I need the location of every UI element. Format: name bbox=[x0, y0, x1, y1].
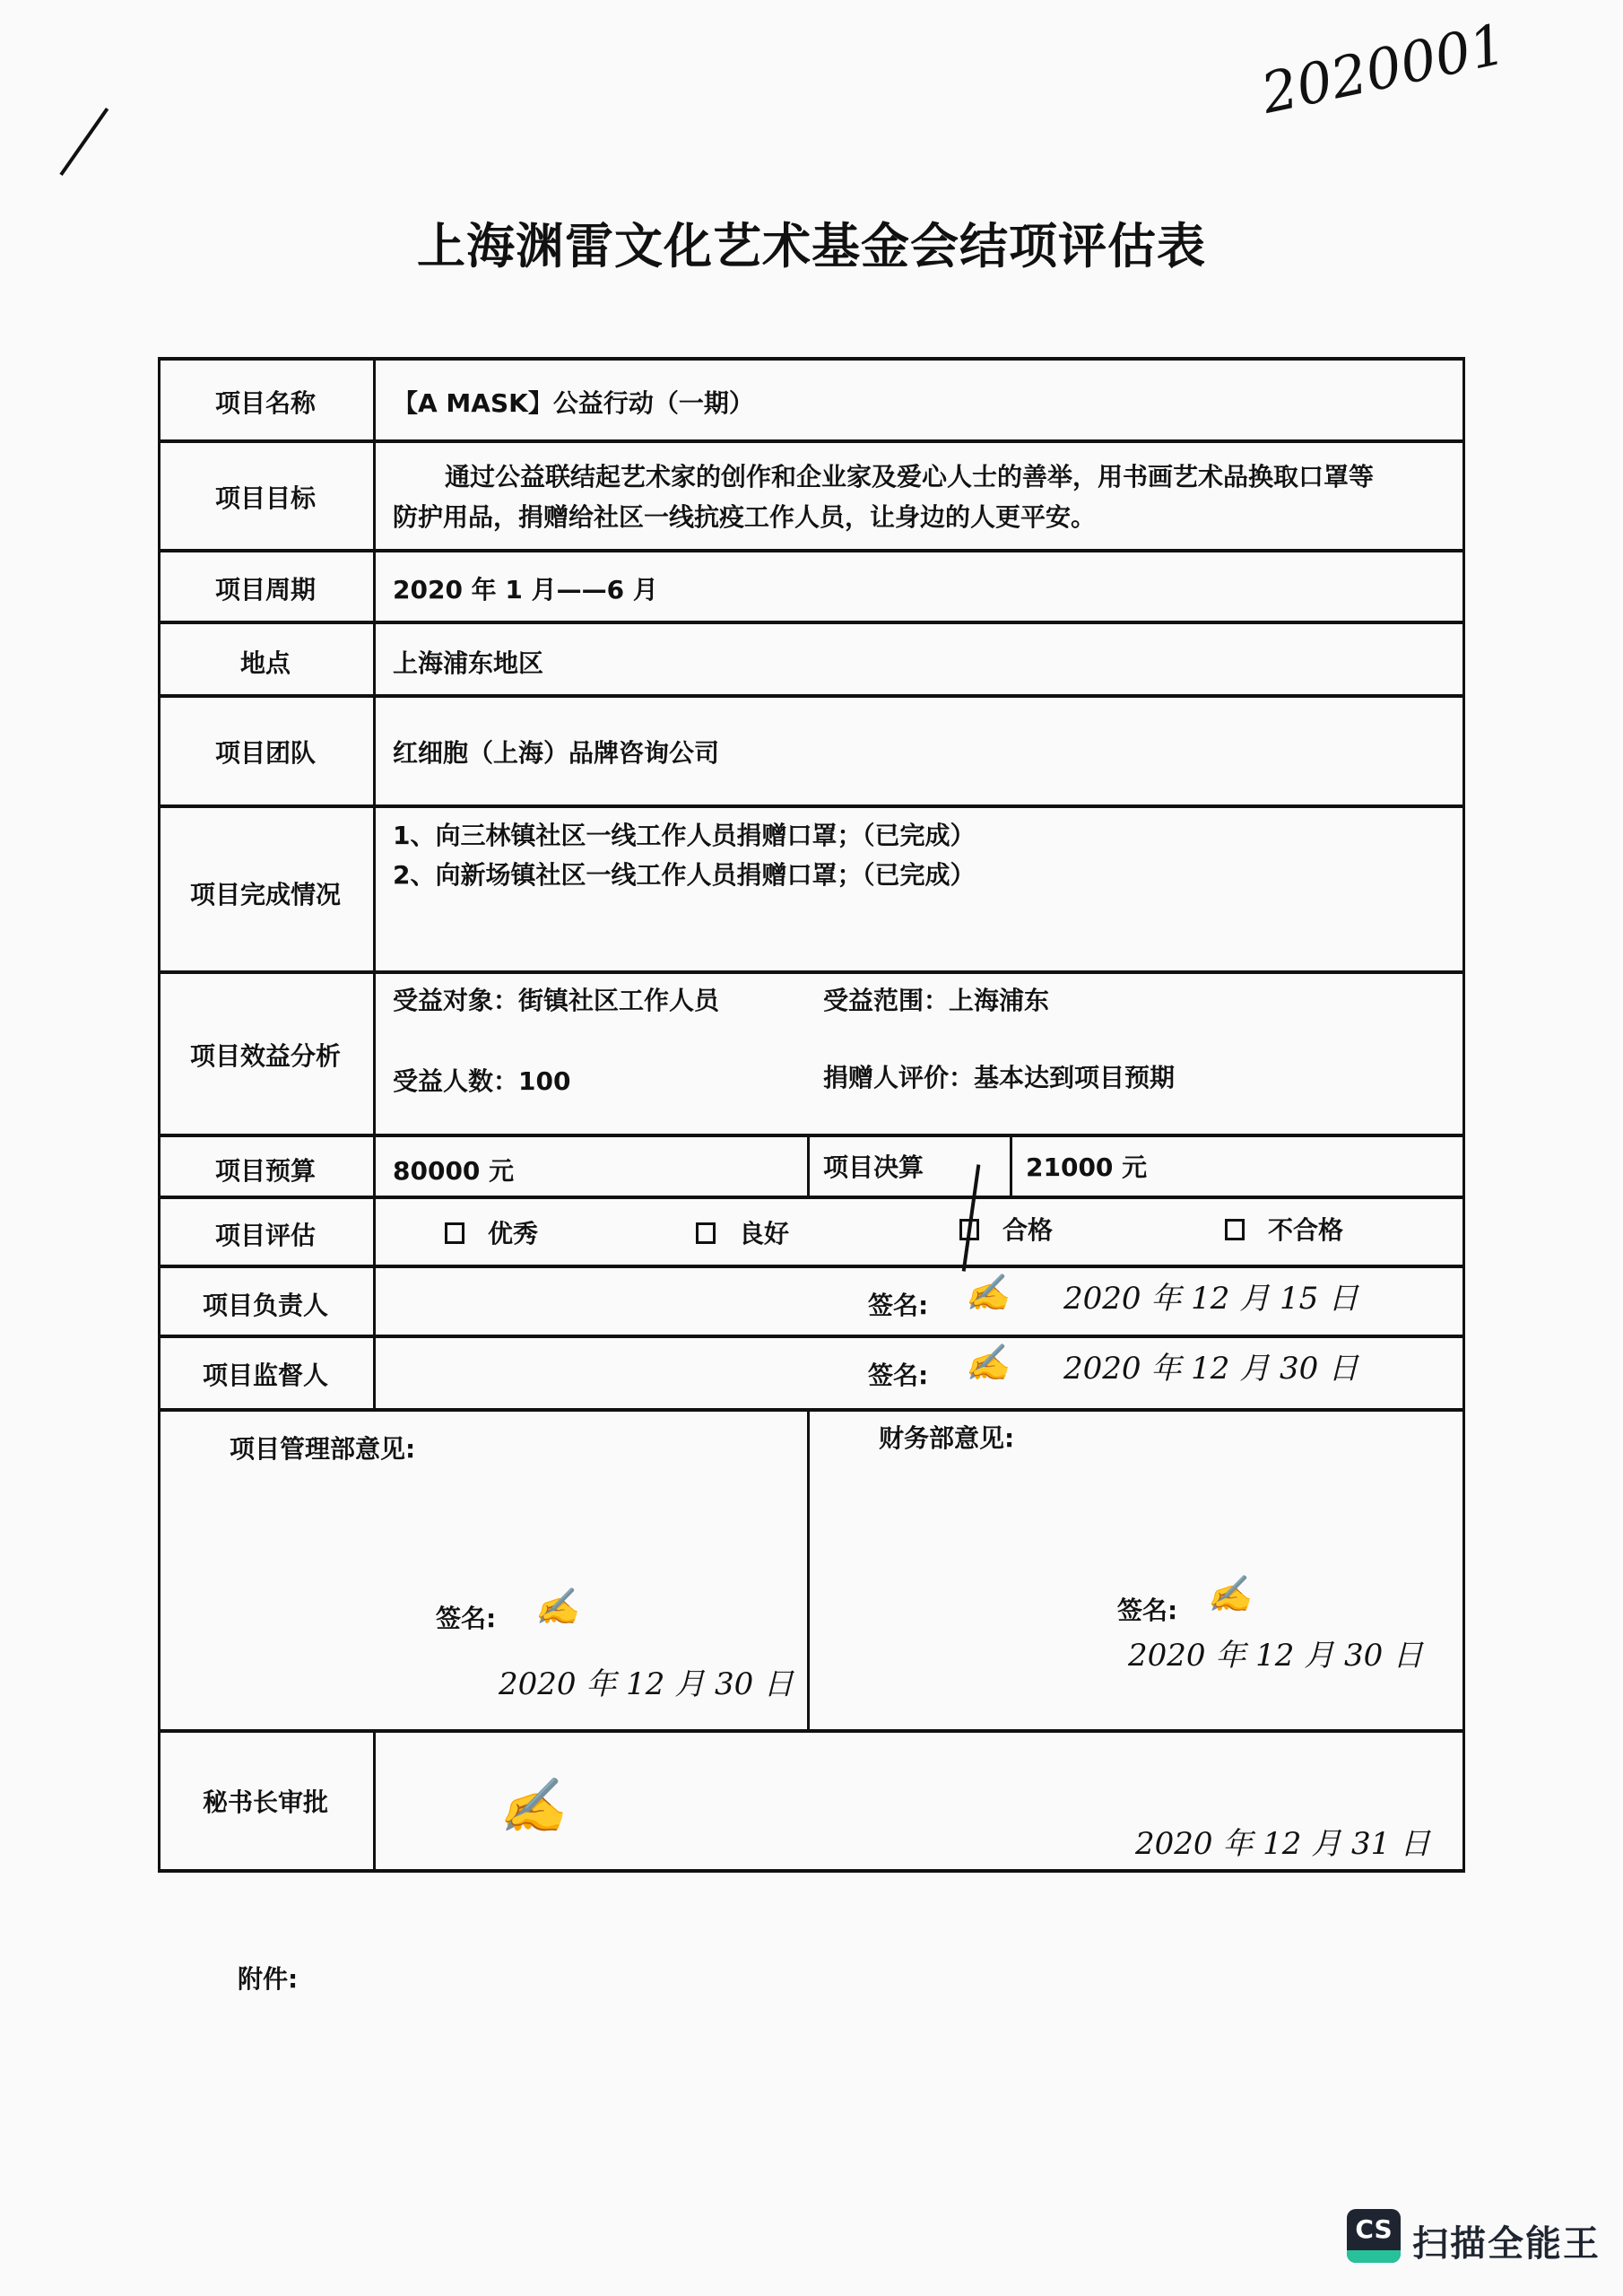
value-final-budget: 21000 元 bbox=[1026, 1148, 1147, 1184]
label-completion: 项目完成情况 bbox=[158, 875, 373, 911]
option-pass[interactable]: 合格 bbox=[959, 1211, 1053, 1247]
evaluation-form-table: 项目名称 【A MASK】公益行动（一期） 项目目标 通过公益联结起艺术家的创作… bbox=[158, 357, 1465, 1873]
value-project-goal-line2: 防护用品，捐赠给社区一线抗疫工作人员，让身边的人更平安。 bbox=[393, 498, 1096, 534]
finance-date: 2020 年 12 月 30 日 bbox=[1128, 1631, 1423, 1674]
label-project-name: 项目名称 bbox=[158, 384, 373, 420]
completion-item: 2、向新场镇社区一线工作人员捐赠口罩；（已完成） bbox=[393, 856, 976, 891]
value-location: 上海浦东地区 bbox=[393, 644, 543, 680]
value-project-goal-line1: 通过公益联结起艺术家的创作和企业家及爱心人士的善举，用书画艺术品换取口罩等 bbox=[445, 457, 1374, 493]
label-final-budget: 项目决算 bbox=[823, 1148, 924, 1184]
label-budget: 项目预算 bbox=[158, 1152, 373, 1187]
completion-item: 1、向三林镇社区一线工作人员捐赠口罩；（已完成） bbox=[393, 816, 976, 852]
camscanner-watermark-text: 扫描全能王 bbox=[1412, 2215, 1601, 2266]
label-project-team: 项目团队 bbox=[158, 734, 373, 770]
mgmt-signature: ✍ bbox=[534, 1586, 579, 1628]
checkbox-icon bbox=[696, 1222, 716, 1244]
handwritten-number: 2020001 bbox=[1255, 11, 1511, 126]
mgmt-date: 2020 年 12 月 30 日 bbox=[499, 1659, 794, 1703]
value-project-team: 红细胞（上海）品牌咨询公司 bbox=[393, 734, 719, 770]
label-evaluation: 项目评估 bbox=[158, 1216, 373, 1252]
value-scope: 受益范围：上海浦东 bbox=[823, 981, 1049, 1017]
sg-signature: ✍ bbox=[499, 1774, 566, 1838]
label-sg-approval: 秘书长审批 bbox=[158, 1783, 373, 1819]
checkbox-icon bbox=[445, 1222, 464, 1244]
option-good[interactable]: 良好 bbox=[696, 1214, 789, 1250]
pen-stroke-mark bbox=[59, 108, 108, 176]
checkbox-icon bbox=[1225, 1219, 1245, 1240]
supervisor-sign-label: 签名: bbox=[868, 1356, 928, 1392]
page-title: 上海渊雷文化艺术基金会结项评估表 bbox=[0, 208, 1623, 277]
value-budget: 80000 元 bbox=[393, 1152, 514, 1187]
value-project-period: 2020 年 1 月——6 月 bbox=[393, 570, 658, 606]
label-mgmt-opinion: 项目管理部意见: bbox=[230, 1430, 415, 1465]
label-benefit: 项目效益分析 bbox=[158, 1037, 373, 1073]
label-project-period: 项目周期 bbox=[158, 570, 373, 606]
attachment-label: 附件: bbox=[238, 1960, 298, 1996]
label-finance-opinion: 财务部意见: bbox=[879, 1419, 1014, 1455]
value-project-name: 【A MASK】公益行动（一期） bbox=[393, 384, 754, 420]
value-count: 受益人数：100 bbox=[393, 1062, 570, 1098]
option-fail[interactable]: 不合格 bbox=[1225, 1211, 1343, 1247]
leader-date: 2020 年 12 月 15 日 bbox=[1063, 1274, 1358, 1318]
camscanner-logo-icon: CS bbox=[1347, 2209, 1401, 2263]
value-beneficiary: 受益对象：街镇社区工作人员 bbox=[393, 981, 719, 1017]
leader-sign-label: 签名: bbox=[868, 1286, 928, 1322]
option-excellent[interactable]: 优秀 bbox=[445, 1214, 538, 1250]
mgmt-sign-label: 签名: bbox=[436, 1599, 496, 1635]
sg-date: 2020 年 12 月 31 日 bbox=[1135, 1819, 1430, 1863]
leader-signature: ✍ bbox=[965, 1272, 1010, 1314]
label-supervisor: 项目监督人 bbox=[158, 1356, 373, 1392]
supervisor-signature: ✍ bbox=[965, 1342, 1010, 1384]
finance-sign-label: 签名: bbox=[1117, 1591, 1177, 1627]
finance-signature: ✍ bbox=[1207, 1573, 1252, 1615]
label-location: 地点 bbox=[158, 644, 373, 680]
value-donor-eval: 捐赠人评价：基本达到项目预期 bbox=[823, 1058, 1175, 1094]
supervisor-date: 2020 年 12 月 30 日 bbox=[1063, 1344, 1358, 1387]
label-project-goal: 项目目标 bbox=[158, 479, 373, 515]
label-leader: 项目负责人 bbox=[158, 1286, 373, 1322]
